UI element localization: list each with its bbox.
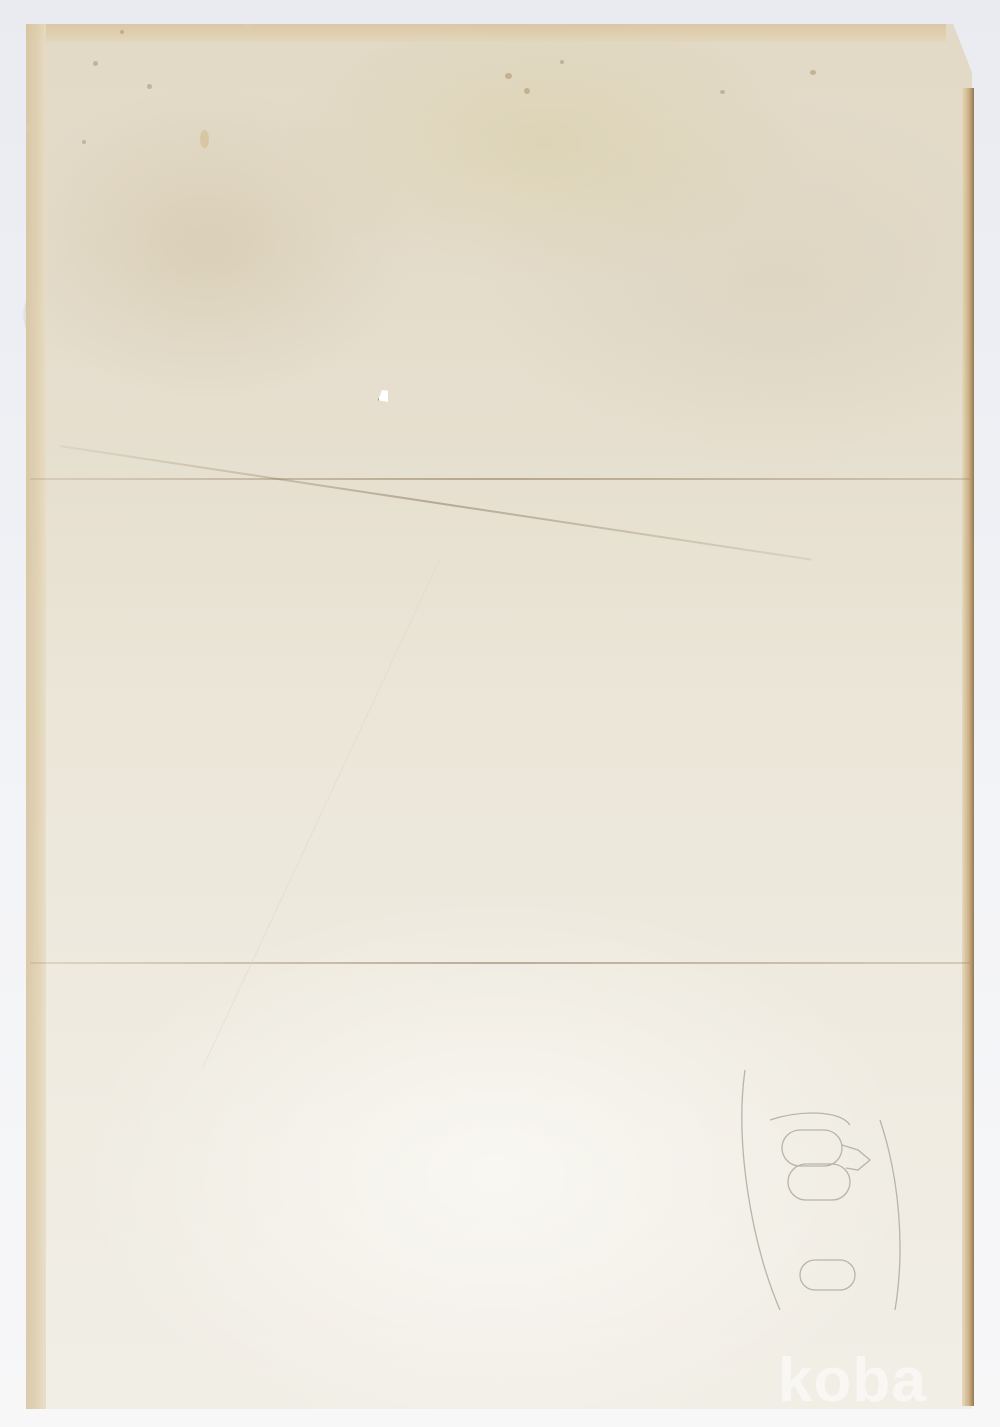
right-edge-tape	[962, 88, 974, 1406]
foxing-spot	[720, 90, 725, 94]
foxing-spot	[200, 130, 209, 148]
foxing-spot	[147, 84, 152, 89]
left-edge-tape	[26, 24, 46, 1409]
photo-scene: koba	[0, 0, 1000, 1427]
horizontal-fold-lower	[30, 962, 970, 964]
horizontal-fold-upper	[30, 478, 970, 480]
watermark-text: koba	[778, 1350, 1000, 1412]
foxing-spot	[120, 30, 124, 34]
foxing-spot	[82, 140, 86, 144]
pencil-sketch	[740, 1060, 940, 1310]
foxing-spot	[810, 70, 816, 75]
foxing-spot	[560, 60, 564, 64]
foxing-spot	[93, 61, 98, 66]
foxing-spot	[505, 73, 512, 79]
foxing-spot	[524, 88, 530, 94]
top-edge-tape	[26, 24, 946, 42]
